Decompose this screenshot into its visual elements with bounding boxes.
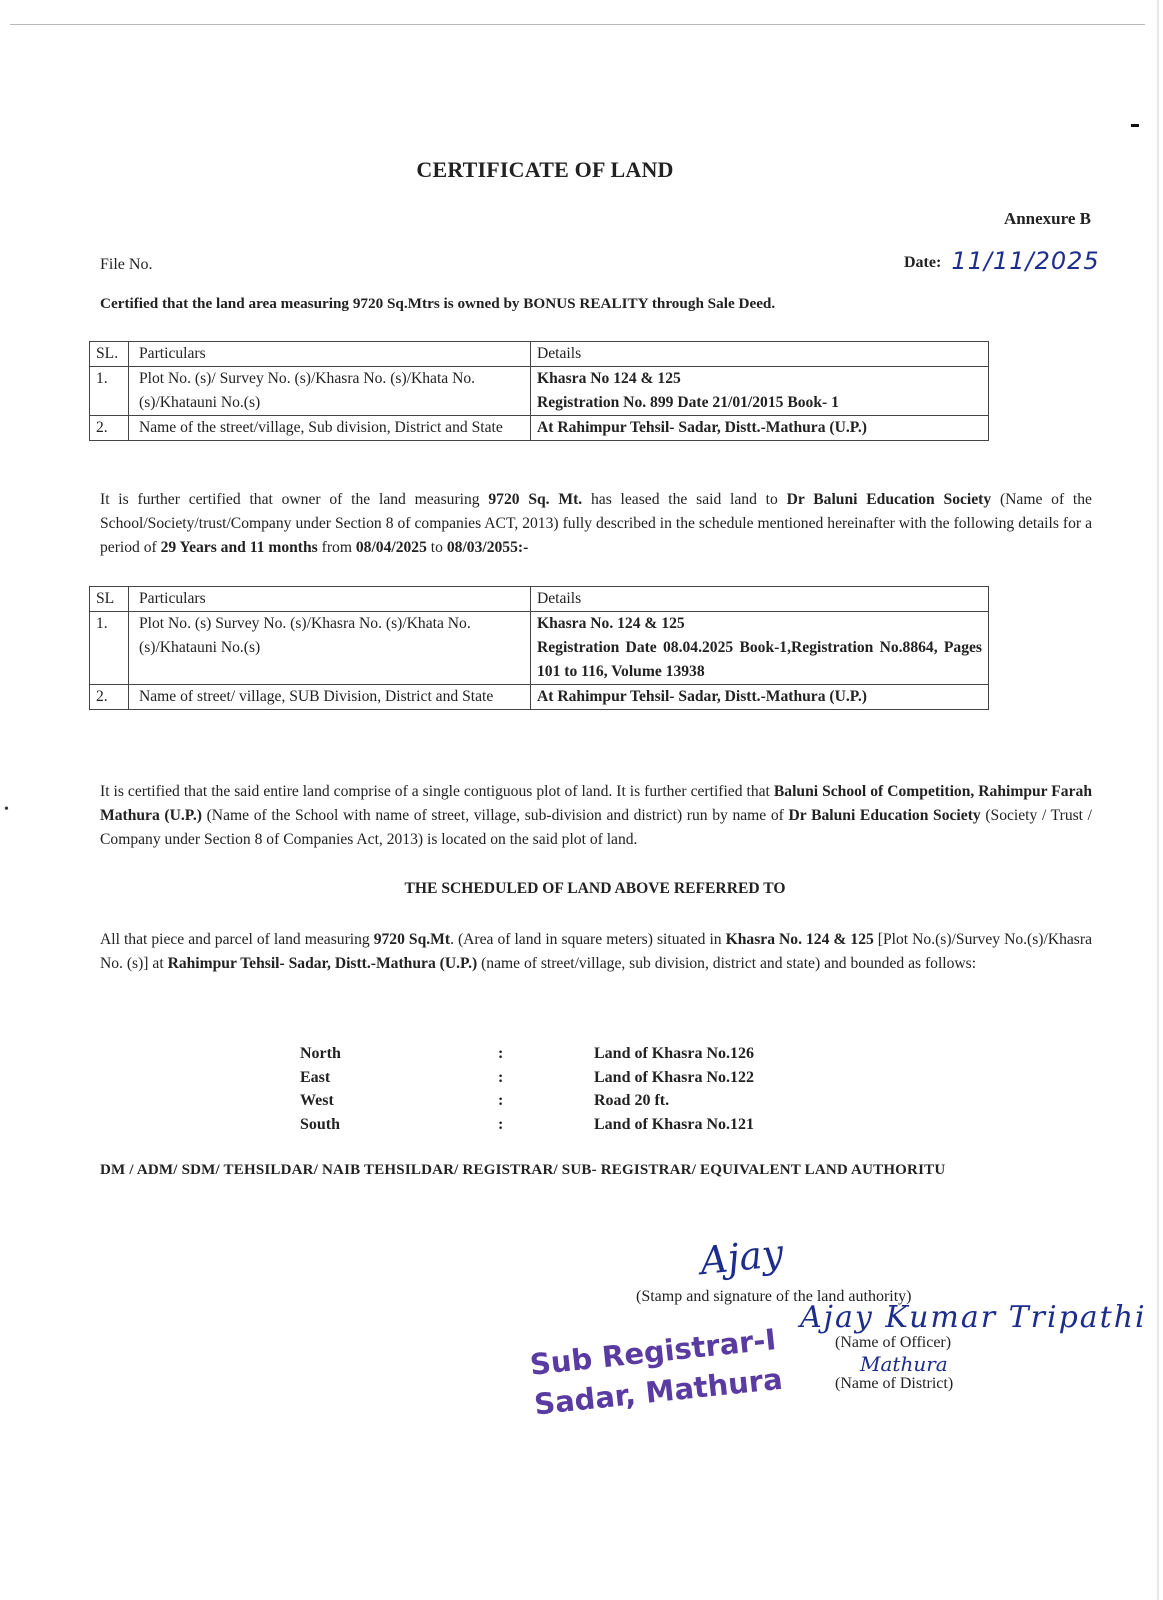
lease-table: SL Particulars Details 1. Plot No. (s) S…: [89, 586, 989, 710]
scan-mark: [1131, 124, 1139, 127]
contiguous-statement: It is certified that the said entire lan…: [100, 780, 1092, 852]
date-handwritten-value: 11/11/2025: [951, 247, 1099, 275]
header-particulars: Particulars: [129, 587, 531, 612]
ownership-table: SL. Particulars Details 1. Plot No. (s)/…: [89, 341, 989, 441]
boundary-direction: South: [300, 1113, 498, 1137]
text-run: It is further certified that owner of th…: [100, 491, 488, 508]
row-sl: 1.: [90, 367, 129, 416]
handwritten-officer-name: Ajay Kumar Tripathi: [800, 1300, 1147, 1335]
scan-right-edge: [1157, 0, 1159, 1600]
text-run: All that piece and parcel of land measur…: [100, 931, 374, 948]
text-run: from: [318, 539, 356, 556]
boundary-separator: :: [498, 1113, 594, 1137]
ownership-statement: Certified that the land area measuring 9…: [100, 292, 1092, 316]
table-header-row: SL Particulars Details: [90, 587, 989, 612]
boundary-south: South : Land of Khasra No.121: [300, 1113, 754, 1137]
text-run: has leased the said land to: [582, 491, 786, 508]
date-label: Date:: [904, 254, 941, 271]
official-stamp: Sub Registrar-I Sadar, Mathura: [528, 1319, 784, 1425]
district-caption: (Name of District): [835, 1375, 953, 1393]
society-name: Dr Baluni Education Society: [789, 807, 981, 824]
text-run: to: [427, 539, 447, 556]
lessee-name: Dr Baluni Education Society: [787, 491, 992, 508]
boundary-value: Land of Khasra No.121: [594, 1113, 754, 1137]
boundary-separator: :: [498, 1089, 594, 1113]
boundary-direction: West: [300, 1089, 498, 1113]
schedule-statement: All that piece and parcel of land measur…: [100, 928, 1092, 976]
scan-speck: •: [4, 802, 9, 818]
row-particulars: Name of the street/village, Sub division…: [129, 416, 531, 441]
details-line: Registration No. 899 Date 21/01/2015 Boo…: [537, 391, 982, 415]
boundary-direction: North: [300, 1042, 498, 1066]
annexure-label: Annexure B: [1004, 209, 1091, 229]
lease-start-date: 08/04/2025: [356, 539, 427, 556]
lease-statement: It is further certified that owner of th…: [100, 488, 1092, 560]
row-sl: 2.: [90, 685, 129, 710]
lease-end-date: 08/03/2055:-: [447, 539, 528, 556]
header-particulars: Particulars: [129, 342, 531, 367]
row-details: At Rahimpur Tehsil- Sadar, Distt.-Mathur…: [531, 685, 989, 710]
header-details: Details: [531, 587, 989, 612]
row-sl: 1.: [90, 612, 129, 685]
boundary-north: North : Land of Khasra No.126: [300, 1042, 754, 1066]
text-run: . (Area of land in square meters) situat…: [450, 931, 726, 948]
header-details: Details: [531, 342, 989, 367]
schedule-area: 9720 Sq.Mt: [374, 931, 450, 948]
handwritten-signature: Ajay: [698, 1231, 786, 1283]
boundary-west: West : Road 20 ft.: [300, 1089, 754, 1113]
boundary-east: East : Land of Khasra No.122: [300, 1066, 754, 1090]
boundary-value: Land of Khasra No.126: [594, 1042, 754, 1066]
header-sl: SL: [90, 587, 129, 612]
schedule-khasra: Khasra No. 124 & 125: [726, 931, 874, 948]
details-line: Khasra No 124 & 125: [537, 367, 982, 391]
boundary-separator: :: [498, 1042, 594, 1066]
row-details: At Rahimpur Tehsil- Sadar, Distt.-Mathur…: [531, 416, 989, 441]
boundary-separator: :: [498, 1066, 594, 1090]
document-title: CERTIFICATE OF LAND: [0, 157, 1090, 183]
boundary-value: Land of Khasra No.122: [594, 1066, 754, 1090]
row-details: Khasra No. 124 & 125 Registration Date 0…: [531, 612, 989, 685]
text-run: (Name of the School with name of street,…: [202, 807, 789, 824]
schedule-location: Rahimpur Tehsil- Sadar, Distt.-Mathura (…: [168, 955, 478, 972]
row-sl: 2.: [90, 416, 129, 441]
table-row: 2. Name of the street/village, Sub divis…: [90, 416, 989, 441]
lease-area: 9720 Sq. Mt.: [488, 491, 582, 508]
row-details: Khasra No 124 & 125 Registration No. 899…: [531, 367, 989, 416]
text-run: It is certified that the said entire lan…: [100, 783, 774, 800]
boundary-value: Road 20 ft.: [594, 1089, 669, 1113]
row-particulars: Plot No. (s)/ Survey No. (s)/Khasra No. …: [129, 367, 531, 416]
scan-top-rule: [10, 24, 1145, 25]
date-field: Date: 11/11/2025: [904, 245, 1100, 273]
table-row: 1. Plot No. (s)/ Survey No. (s)/Khasra N…: [90, 367, 989, 416]
file-no-label: File No.: [100, 256, 152, 274]
row-particulars: Name of street/ village, SUB Division, D…: [129, 685, 531, 710]
details-line: Khasra No. 124 & 125: [537, 612, 982, 636]
details-line: Registration Date 08.04.2025 Book-1,Regi…: [537, 636, 982, 684]
table-row: 1. Plot No. (s) Survey No. (s)/Khasra No…: [90, 612, 989, 685]
row-particulars: Plot No. (s) Survey No. (s)/Khasra No. (…: [129, 612, 531, 685]
authority-line: DM / ADM/ SDM/ TEHSILDAR/ NAIB TEHSILDAR…: [100, 1162, 945, 1179]
schedule-heading: THE SCHEDULED OF LAND ABOVE REFERRED TO: [0, 880, 1163, 898]
boundary-direction: East: [300, 1066, 498, 1090]
header-sl: SL.: [90, 342, 129, 367]
handwritten-district: Mathura: [860, 1352, 948, 1376]
table-row: 2. Name of street/ village, SUB Division…: [90, 685, 989, 710]
officer-caption: (Name of Officer): [835, 1334, 951, 1352]
boundaries-list: North : Land of Khasra No.126 East : Lan…: [300, 1042, 754, 1136]
table-header-row: SL. Particulars Details: [90, 342, 989, 367]
text-run: (name of street/village, sub division, d…: [477, 955, 976, 972]
lease-period: 29 Years and 11 months: [161, 539, 318, 556]
